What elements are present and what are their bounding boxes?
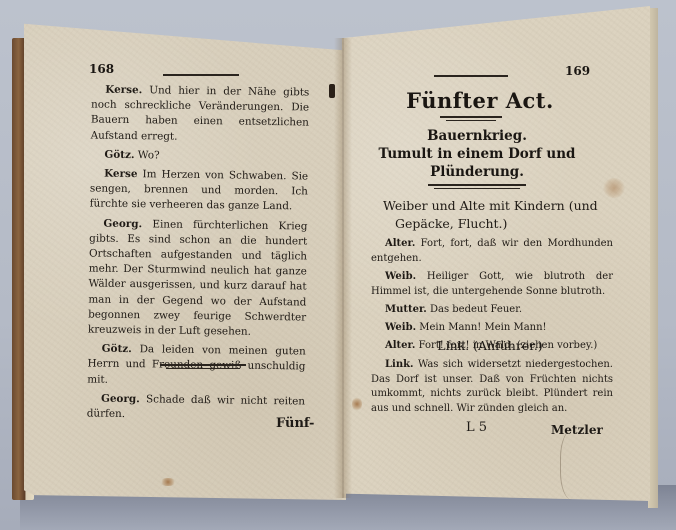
- speaker-name: Kerse.: [105, 84, 142, 97]
- speaker-name: Alter.: [385, 238, 415, 249]
- stage-direction-line: Weiber und Alte mit Kindern (und: [383, 197, 613, 215]
- dialogue-paragraph: Georg. Schade daß wir nicht reiten dürfe…: [87, 391, 305, 424]
- character-heading: Link. (Anführer.): [420, 338, 560, 353]
- stage-direction: Weiber und Alte mit Kindern (und Gepäcke…: [383, 197, 613, 233]
- scene-title-line: Tumult in einem Dorf und: [372, 145, 582, 163]
- signature-mark: L 5: [466, 420, 487, 435]
- header-rule-left: [163, 74, 239, 76]
- dialogue-paragraph: Weib. Heiliger Gott, wie blutroth der Hi…: [371, 270, 613, 299]
- dialogue-paragraph: Mutter. Das bedeut Feuer.: [371, 303, 613, 318]
- speaker-name: Weib.: [385, 322, 416, 333]
- link-speech: Link. Was sich widersetzt niedergestoche…: [371, 358, 613, 420]
- act-title: Fünfter Act.: [400, 88, 560, 113]
- foxing-stain: [603, 178, 625, 198]
- speaker-name: Kerse: [104, 168, 138, 180]
- dialogue-text: Mein Mann! Mein Mann!: [419, 322, 546, 333]
- catchword-right: Metzler: [551, 423, 603, 437]
- dialogue-text: Einen fürchterlichen Krieg gibts. Es sin…: [88, 218, 308, 338]
- header-rule-right: [434, 75, 508, 77]
- dialogue-paragraph: Götz. Wo?: [90, 147, 308, 165]
- scene-title-line: Bauernkrieg.: [372, 127, 582, 145]
- act-title-rule: [440, 116, 502, 118]
- catchword-left: Fünf-: [276, 416, 314, 431]
- speaker-name: Götz.: [102, 343, 132, 355]
- stage-direction-line: Gepäcke, Flucht.): [383, 215, 613, 233]
- speaker-name: Georg.: [101, 393, 140, 406]
- speaker-name: Link.: [385, 359, 414, 370]
- speaker-name: Weib.: [385, 271, 416, 282]
- dialogue-text: Das bedeut Feuer.: [430, 304, 522, 315]
- dialogue-paragraph: Link. Was sich widersetzt niedergestoche…: [371, 358, 613, 416]
- dialogue-paragraph: Götz. Da leiden von meinen guten Herrn u…: [87, 342, 306, 391]
- foxing-stain: [352, 397, 362, 411]
- end-rule-left: [160, 364, 246, 366]
- speaker-name: Götz.: [104, 148, 134, 160]
- scene-title-line: Plünderung.: [372, 163, 582, 181]
- dialogue-paragraph: Kerse Im Herzen von Schwaben. Sie sengen…: [90, 167, 309, 216]
- foxing-stain: [160, 478, 176, 486]
- page-crease: [560, 430, 590, 500]
- dialogue-paragraph: Weib. Mein Mann! Mein Mann!: [371, 321, 613, 336]
- speaker-name: Georg.: [103, 217, 142, 230]
- left-page-text: Kerse. Und hier in der Nähe gibts noch s…: [87, 82, 310, 428]
- page-number-right: 169: [565, 64, 590, 78]
- speaker-name: Alter.: [385, 340, 415, 351]
- scene-title-rule: [428, 184, 526, 186]
- dialogue-paragraph: Alter. Fort, fort, daß wir den Mordhunde…: [371, 237, 613, 266]
- foxing-stain: [329, 84, 335, 98]
- dialogue-paragraph: Kerse. Und hier in der Nähe gibts noch s…: [91, 82, 310, 146]
- dialogue-paragraph: Georg. Einen fürchterlichen Krieg gibts.…: [88, 216, 308, 341]
- page-number-left: 168: [89, 62, 114, 76]
- scene-title: Bauernkrieg. Tumult in einem Dorf und Pl…: [372, 127, 582, 181]
- dialogue-text: Wo?: [138, 149, 160, 161]
- speaker-name: Mutter.: [385, 304, 427, 315]
- book-gutter: [334, 38, 352, 498]
